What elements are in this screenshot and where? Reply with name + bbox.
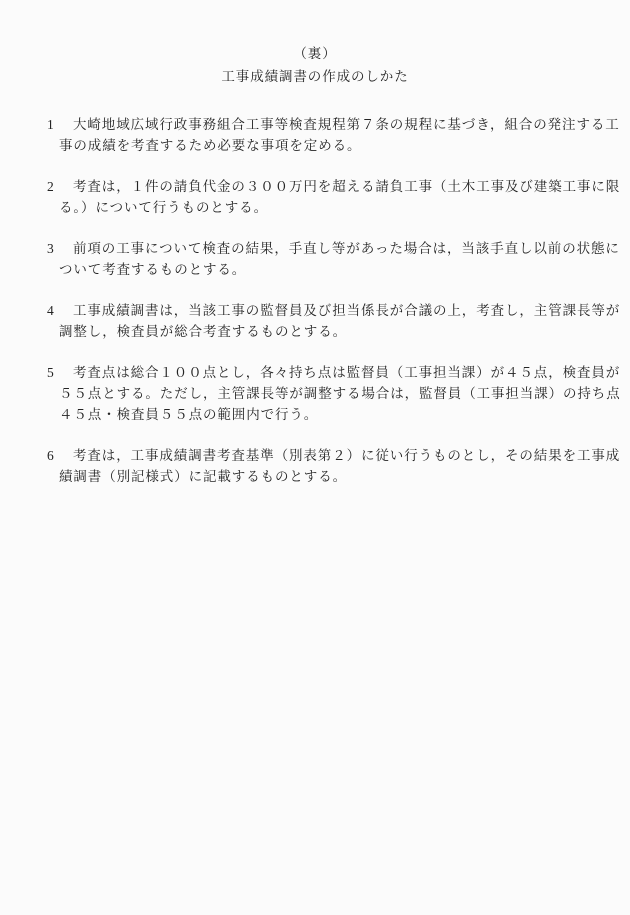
clause-2: 2考査は，１件の請負代金の３００万円を超える請負工事（土木工事及び建築工事に限 …: [47, 176, 610, 218]
clause-6-text: 考査は，工事成績調書考査基準（別表第２）に従い行うものとし，その結果を工事成: [73, 448, 620, 463]
clause-2-line-1: 2考査は，１件の請負代金の３００万円を超える請負工事（土木工事及び建築工事に限: [47, 176, 610, 197]
clause-5-line-2: ５５点とする。ただし，主管課長等が調整する場合は，監督員（工事担当課）の持ち点: [59, 383, 610, 404]
clause-4-text: 工事成績調書は，当該工事の監督員及び担当係長が合議の上，考査し，主管課長等が: [73, 303, 620, 318]
clause-2-number: 2: [47, 176, 73, 197]
clause-1-line-1: 1大崎地域広域行政事務組合工事等検査規程第７条の規程に基づき，組合の発注する工: [47, 114, 610, 135]
clause-5-line-3: ４５点・検査員５５点の範囲内で行う。: [59, 404, 610, 425]
clause-4-number: 4: [47, 300, 73, 321]
clause-1-number: 1: [47, 114, 73, 135]
clause-5-text: 考査点は総合１００点とし，各々持ち点は監督員（工事担当課）が４５点，検査員が: [73, 365, 620, 380]
clause-4: 4工事成績調書は，当該工事の監督員及び担当係長が合議の上，考査し，主管課長等が …: [47, 300, 610, 342]
clause-5: 5考査点は総合１００点とし，各々持ち点は監督員（工事担当課）が４５点，検査員が …: [47, 362, 610, 425]
clause-2-text: 考査は，１件の請負代金の３００万円を超える請負工事（土木工事及び建築工事に限: [73, 179, 620, 194]
clause-6-line-2: 績調書（別記様式）に記載するものとする。: [59, 466, 610, 487]
document-title: 工事成績調書の作成のしかた: [0, 66, 630, 87]
document-page: （裏） 工事成績調書の作成のしかた 1大崎地域広域行政事務組合工事等検査規程第７…: [0, 0, 630, 915]
clause-1-text: 大崎地域広域行政事務組合工事等検査規程第７条の規程に基づき，組合の発注する工: [73, 117, 620, 132]
clause-4-line-2: 調整し，検査員が総合考査するものとする。: [59, 321, 610, 342]
clause-3-text: 前項の工事について検査の結果，手直し等があった場合は，当該手直し以前の状態に: [73, 241, 620, 256]
clause-3-line-1: 3前項の工事について検査の結果，手直し等があった場合は，当該手直し以前の状態に: [47, 238, 610, 259]
clause-6-line-1: 6考査は，工事成績調書考査基準（別表第２）に従い行うものとし，その結果を工事成: [47, 445, 610, 466]
clause-5-number: 5: [47, 362, 73, 383]
clause-6-number: 6: [47, 445, 73, 466]
clause-1: 1大崎地域広域行政事務組合工事等検査規程第７条の規程に基づき，組合の発注する工 …: [47, 114, 610, 156]
clause-4-line-1: 4工事成績調書は，当該工事の監督員及び担当係長が合議の上，考査し，主管課長等が: [47, 300, 610, 321]
clause-3-number: 3: [47, 238, 73, 259]
clause-5-line-1: 5考査点は総合１００点とし，各々持ち点は監督員（工事担当課）が４５点，検査員が: [47, 362, 610, 383]
clause-1-line-2: 事の成績を考査するため必要な事項を定める。: [59, 135, 610, 156]
clause-2-line-2: る。）について行うものとする。: [59, 197, 610, 218]
clause-list: 1大崎地域広域行政事務組合工事等検査規程第７条の規程に基づき，組合の発注する工 …: [0, 114, 630, 487]
clause-3: 3前項の工事について検査の結果，手直し等があった場合は，当該手直し以前の状態に …: [47, 238, 610, 280]
document-header: （裏） 工事成績調書の作成のしかた: [0, 43, 630, 87]
clause-3-line-2: ついて考査するものとする。: [59, 259, 610, 280]
page-side-label: （裏）: [0, 43, 630, 64]
clause-6: 6考査は，工事成績調書考査基準（別表第２）に従い行うものとし，その結果を工事成 …: [47, 445, 610, 487]
